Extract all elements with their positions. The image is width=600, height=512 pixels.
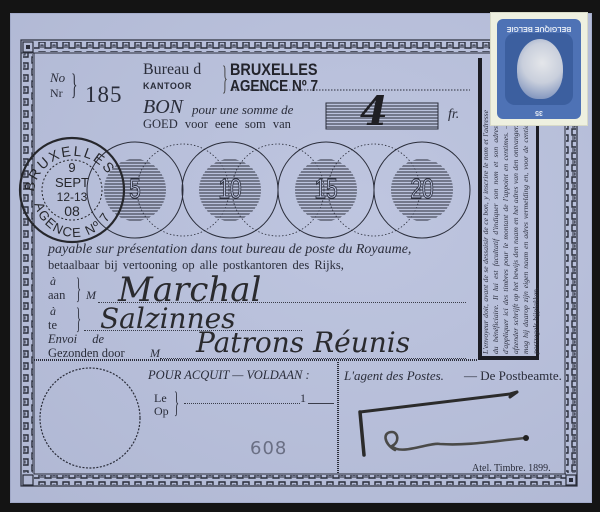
bureau-label-fr: Bureau d <box>143 61 201 79</box>
denomination-10: 10 <box>208 173 253 205</box>
date-line <box>184 403 300 404</box>
brace-icon: } <box>76 302 81 336</box>
recipient-label-nl: aan <box>48 288 65 303</box>
stamp-country-top: BELGIQUE BELGIË <box>501 22 577 32</box>
svg-text:12-13: 12-13 <box>57 190 88 204</box>
order-number: 185 <box>85 82 123 108</box>
postage-stamp: BELGIQUE BELGIË 35 <box>491 13 587 125</box>
bon-label-nl: GOED voor eene som van <box>143 117 291 132</box>
bureau-stamp-office: AGENCE Nº 7 <box>230 78 318 96</box>
sender-prefix: M <box>150 346 160 361</box>
bon-label: BON <box>143 96 183 119</box>
bureau-stamp-city: BRUXELLES <box>230 60 318 80</box>
receipt-heading: POUR ACQUIT — VOLDAAN : <box>148 368 310 383</box>
sender-name: Patrons Réunis <box>196 326 410 359</box>
side-note: L'envoyeur doit, avant de se dessaisir d… <box>478 104 538 360</box>
number-label-fr: No <box>50 72 65 84</box>
agent-label-fr: L'agent des Postes. <box>344 368 444 384</box>
brace-icon: } <box>222 60 228 98</box>
bureau-label-text: Bureau d <box>143 61 201 78</box>
amount-value: 4 <box>360 88 388 135</box>
brace-icon: } <box>71 68 77 102</box>
bon-label-fr: pour une somme de <box>192 102 293 118</box>
denomination-15: 15 <box>304 173 349 205</box>
stamp-value: 35 <box>501 106 577 116</box>
stamp-image: BELGIQUE BELGIË 35 <box>497 19 581 119</box>
recipient-label-fr: à <box>50 274 56 289</box>
date-year-line <box>308 403 334 404</box>
svg-text:9: 9 <box>68 160 75 175</box>
brace-icon: } <box>174 386 179 420</box>
date-year-suffix: 1 <box>300 391 306 406</box>
bureau-label-nl: KANTOOR <box>143 81 192 91</box>
pencil-note: 608 <box>250 438 287 459</box>
place-label-nl: te <box>48 318 57 333</box>
svg-text:SEPT: SEPT <box>55 175 89 190</box>
recipient-prefix: M <box>86 288 96 303</box>
brace-icon: } <box>76 272 81 306</box>
date-label-nl: Op <box>154 404 169 419</box>
currency-label: fr. <box>448 107 459 123</box>
denomination-20: 20 <box>400 173 445 205</box>
place-label-fr: à <box>50 304 56 319</box>
number-label-nl: Nr <box>50 87 63 99</box>
sender-label-fr: Envoi de <box>48 332 104 347</box>
payable-text-fr: payable sur présentation dans tout burea… <box>48 242 411 258</box>
printer-imprint: Atel. Timbre. 1899. <box>472 463 551 474</box>
agent-label-nl: — De Postbeamte. <box>464 368 562 384</box>
svg-text:08: 08 <box>64 203 80 219</box>
side-note-text: L'envoyeur doit, avant de se dessaisir d… <box>478 104 538 360</box>
postmark: BRUXELLES AGENCE Nº 7 9 SEPT 12-13 08 <box>16 134 128 246</box>
sender-label-nl: Gezonden door <box>48 346 125 361</box>
